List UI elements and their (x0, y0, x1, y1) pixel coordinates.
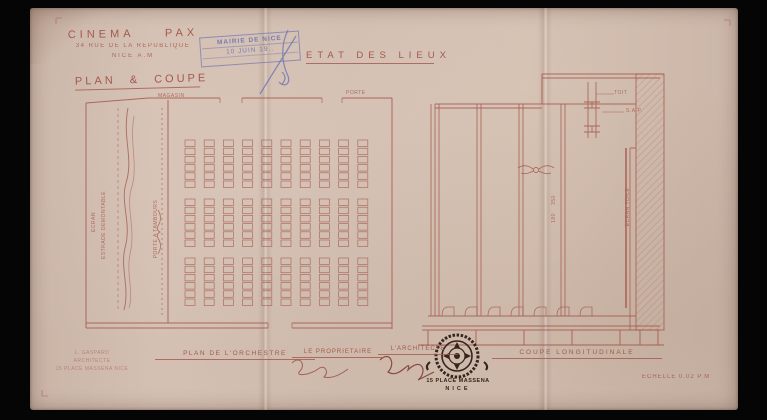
notary-seal-rosette (427, 335, 487, 377)
seal-city: NICE (408, 386, 508, 392)
architect-credit-line3: 15 PLACE MASSENA NICE (42, 366, 142, 372)
label-porte: PORTE (346, 90, 366, 96)
label-estrade: ESTRADE DEMONTABLE (101, 175, 107, 275)
section-caption: COUPE LONGITUDINALE (492, 349, 662, 359)
owner-signature (292, 360, 348, 377)
dim-180: 180 (551, 203, 557, 233)
section-seat-profiles (442, 307, 592, 316)
scanned-drawing: CINEMA PAX 34 RUE DE LA REPUBLIQUE NICE … (0, 0, 767, 420)
paper-sheet: CINEMA PAX 34 RUE DE LA REPUBLIQUE NICE … (30, 8, 738, 410)
label-ecran-toile: ECRAN TOILE (625, 157, 631, 257)
label-toit: TOIT (614, 90, 627, 96)
label-ecran: ECRAN (91, 172, 97, 272)
cinema-city: NICE A.M (58, 53, 208, 59)
label-sap: S.A.P. (626, 108, 643, 114)
cinema-address: 34 RUE DE LA REPUBLIQUE (58, 43, 208, 49)
seal-address: 15 PLACE MASSENA (408, 378, 508, 384)
section-columns (431, 104, 565, 316)
architect-credit-line2: ARCHITECTE (42, 358, 142, 364)
architect-signature (380, 357, 434, 380)
etat-des-lieux-heading: ETAT DES LIEUX (306, 50, 434, 64)
scale-note: ECHELLE 0.02 P.M (642, 374, 734, 380)
section-roof (435, 74, 664, 108)
label-magasin: MAGASIN (158, 93, 185, 99)
label-porte-tambours: PORTE A TAMBOURS (153, 179, 159, 279)
architect-credit-line1: L. GASPARD (42, 350, 142, 356)
plan-caption: PLAN DE L'ORCHESTRE (155, 350, 315, 360)
plan-seat-grid (185, 140, 368, 306)
owner-caption: LE PROPRIETAIRE (292, 349, 384, 358)
architect-caption: L'ARCHITECTE (378, 346, 458, 355)
